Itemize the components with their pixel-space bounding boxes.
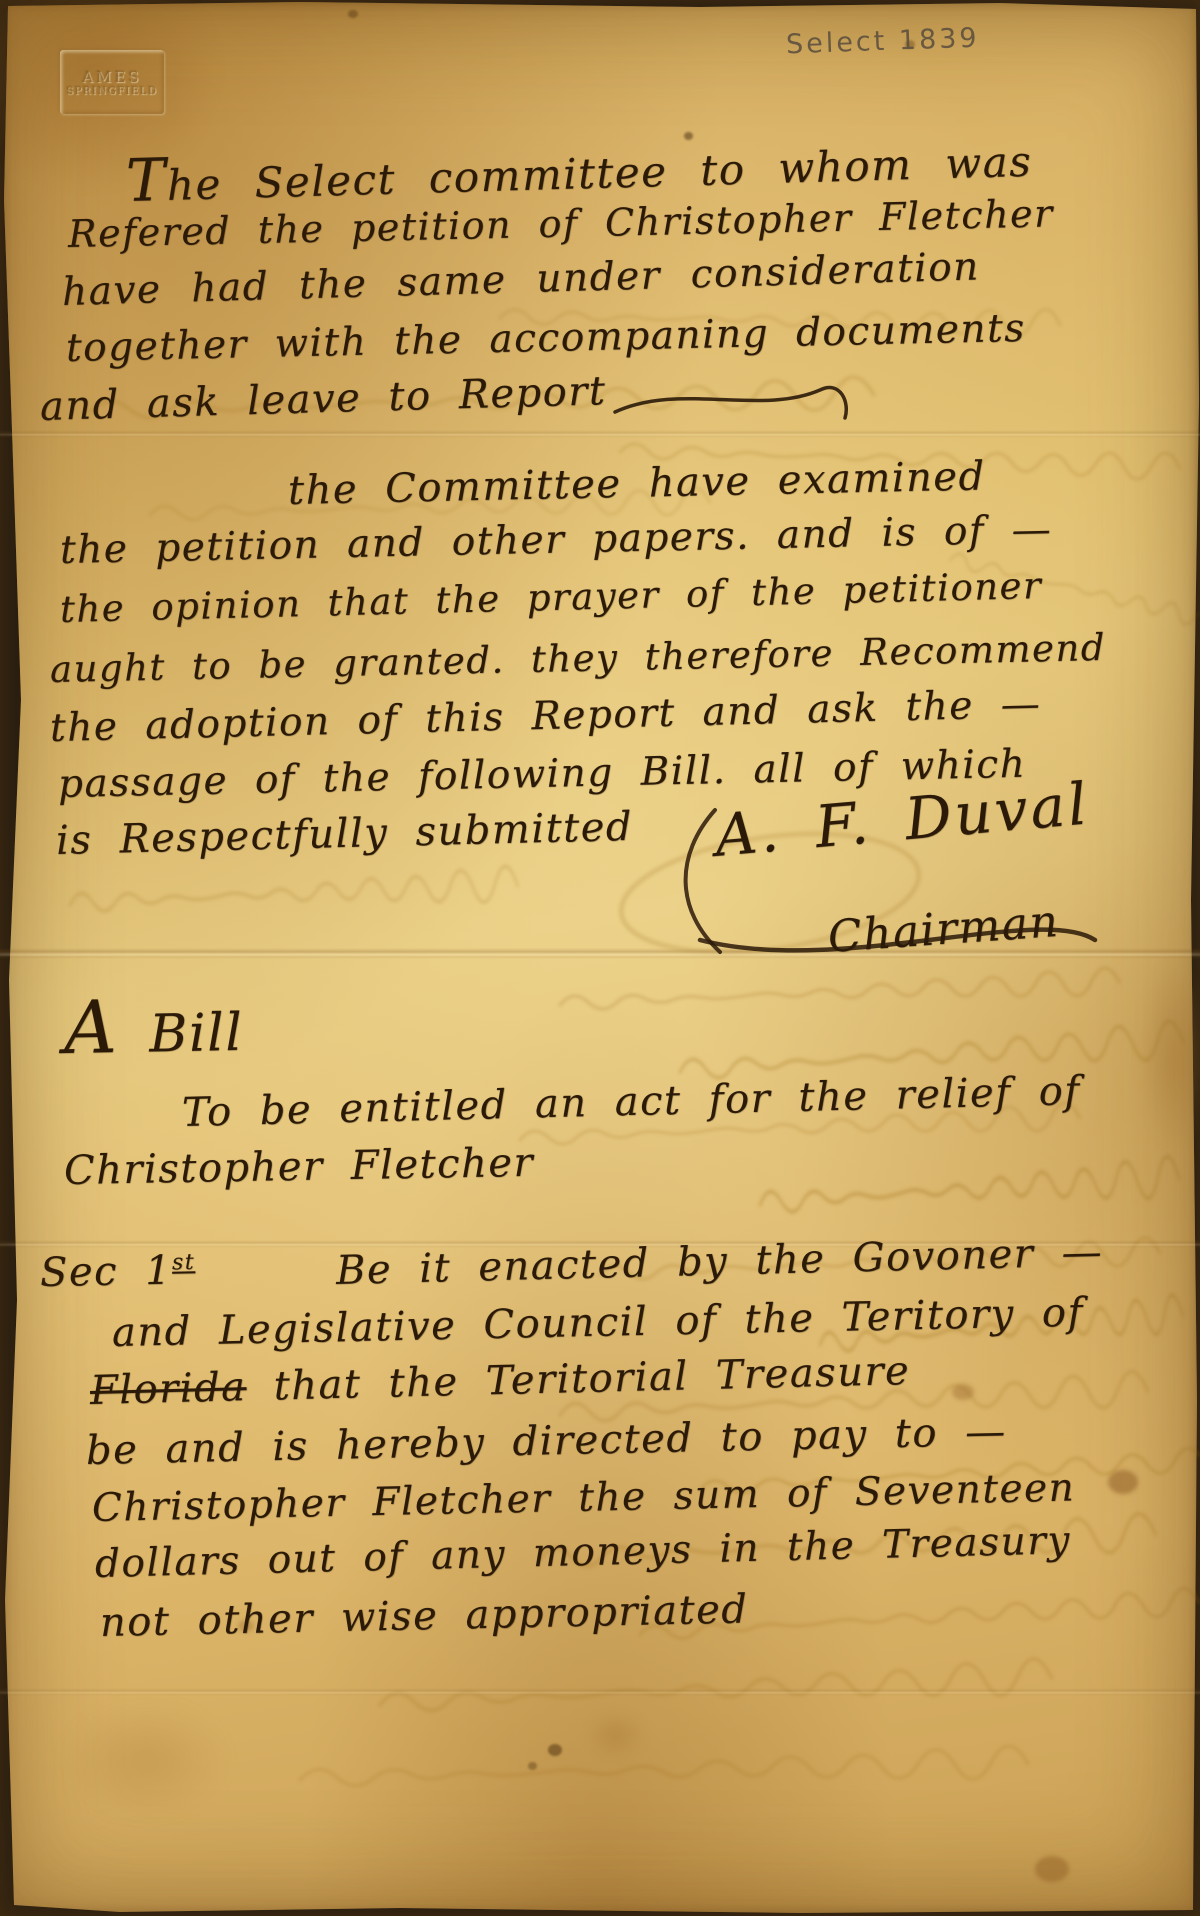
section-ordinal: st xyxy=(172,1250,196,1275)
stamp-maker-text: AMES xyxy=(82,68,141,86)
bill-heading: A Bill xyxy=(63,983,244,1071)
stamp-location-text: SPRINGFIELD xyxy=(66,86,157,97)
bill-section-label: Sec 1st xyxy=(40,1247,196,1296)
embossed-papermaker-stamp: AMES SPRINGFIELD xyxy=(60,50,164,114)
section-number: Sec 1 xyxy=(40,1248,173,1296)
bill-title-line-2: Christopher Fletcher xyxy=(64,1140,535,1194)
scanned-manuscript-page: Select 1839 AMES SPRINGFIELD The Select … xyxy=(0,0,1200,1916)
struck-word: Florida xyxy=(89,1364,247,1414)
